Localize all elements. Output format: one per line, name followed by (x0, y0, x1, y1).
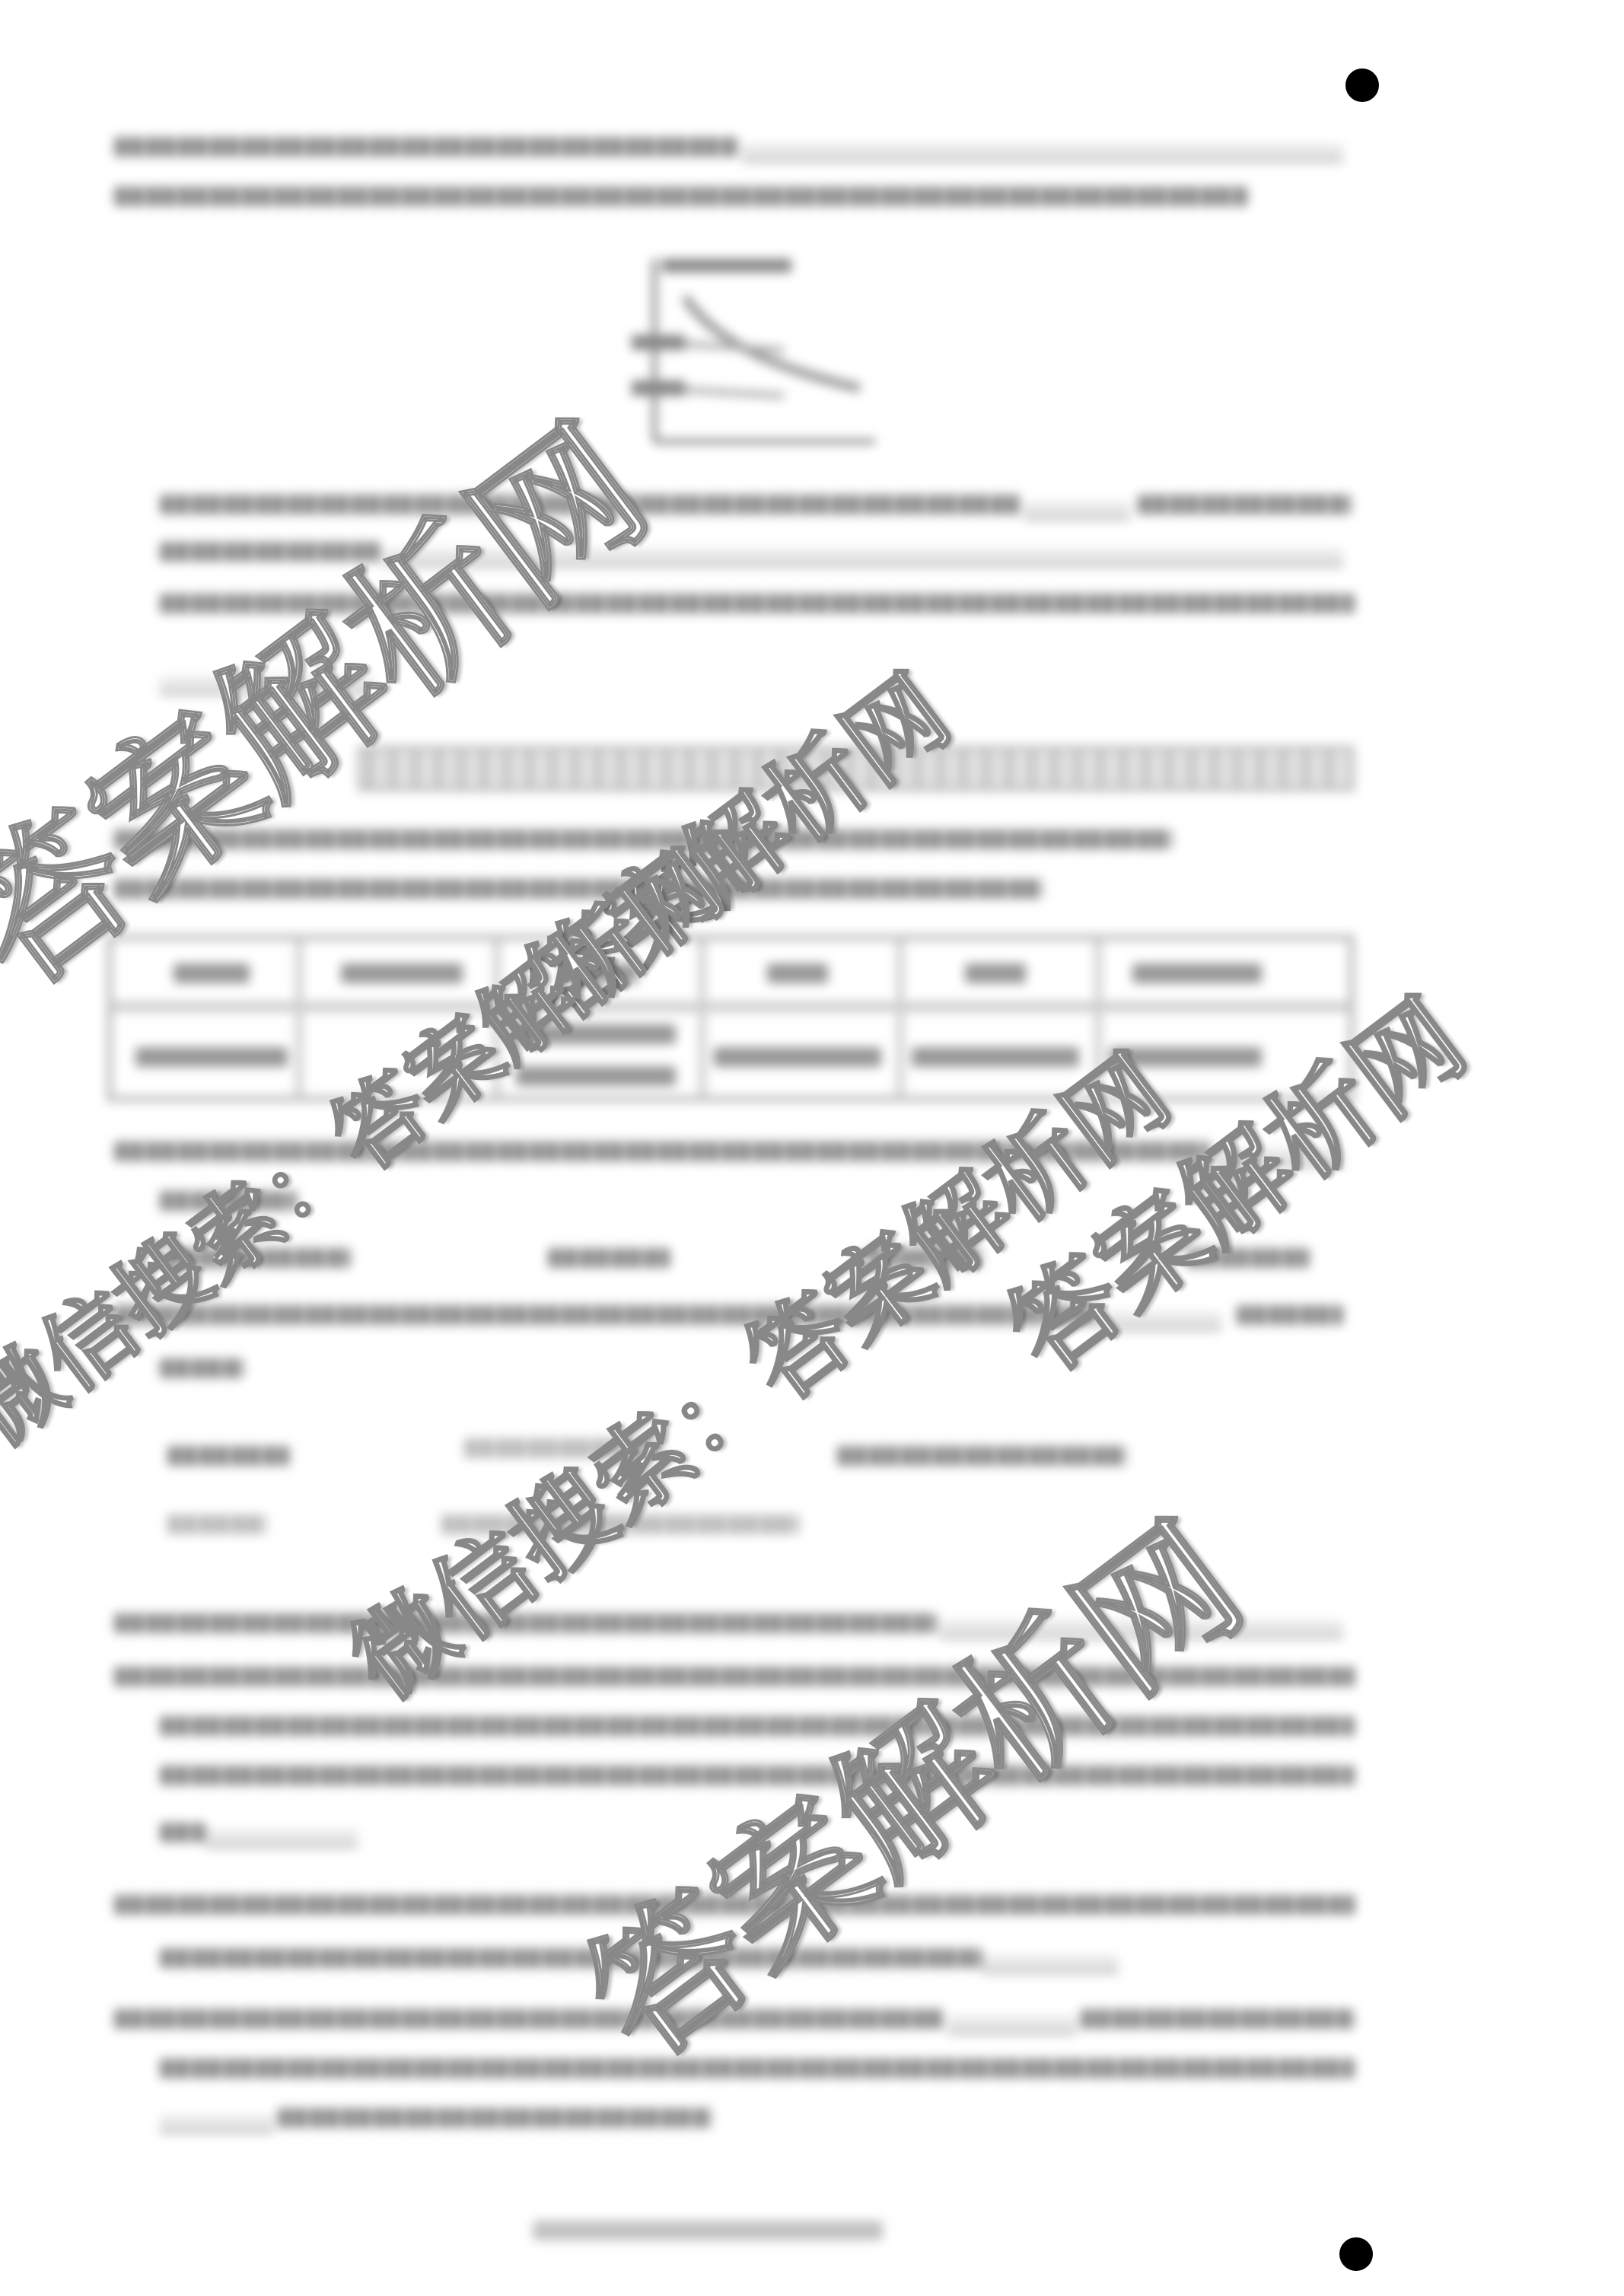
table-col-divider (295, 941, 303, 1096)
text-line (114, 1305, 1096, 1325)
text-line (160, 1823, 205, 1842)
text-line (1138, 495, 1351, 514)
text-line (160, 1358, 244, 1378)
answer-blank (947, 2017, 1077, 2034)
option-b-fraction (464, 1438, 662, 1458)
table-col-divider (699, 941, 706, 1096)
option-d-fraction (441, 1514, 799, 1534)
table-header-cell (341, 963, 463, 983)
text-line (160, 2059, 1355, 2078)
text-line (160, 1766, 1355, 1785)
answer-blank (742, 145, 1343, 162)
table-cell (1110, 1047, 1262, 1067)
option-c (868, 1248, 982, 1268)
watermark: 答案解析网 (0, 365, 684, 1029)
text-line (1081, 2009, 1355, 2029)
table-cell (714, 1047, 881, 1067)
data-table (107, 935, 1355, 1102)
option-d (1187, 1248, 1309, 1268)
text-line (114, 1667, 1355, 1686)
table-header-cell (174, 963, 250, 983)
answer-blank (1214, 1149, 1343, 1167)
answer-blank (384, 549, 1343, 567)
text-line (114, 1895, 1355, 1915)
registration-mark-top (1345, 68, 1379, 102)
page-footer (533, 2221, 883, 2240)
text-line (114, 137, 738, 157)
text-line (160, 594, 1355, 613)
formula-strip (358, 746, 1355, 791)
text-line (160, 1191, 297, 1211)
answer-blank (982, 1956, 1119, 1973)
table-cell (912, 1047, 1079, 1067)
text-line (114, 1613, 936, 1633)
option-c (837, 1446, 1126, 1466)
table-cell (516, 1024, 676, 1044)
text-line (160, 495, 1020, 514)
registration-mark-bottom (1339, 2237, 1373, 2271)
table-cell (516, 1066, 676, 1086)
text-line (114, 1142, 1210, 1161)
line-chart-figure (632, 251, 883, 464)
text-line (278, 2108, 712, 2128)
answer-blank (1100, 1313, 1221, 1330)
option-a (167, 1248, 350, 1268)
table-header-cell (1132, 963, 1262, 983)
answer-blank (940, 1621, 1343, 1638)
answer-blank (205, 1830, 358, 1848)
table-header-cell (767, 963, 828, 983)
option-d-fraction (167, 1514, 266, 1534)
table-header-cell (965, 963, 1026, 983)
option-b (548, 1248, 670, 1268)
table-col-divider (493, 941, 501, 1096)
text-line (114, 186, 1248, 206)
option-a (167, 1446, 289, 1466)
table-header-cell (562, 963, 638, 983)
table-cell (135, 1047, 288, 1067)
text-line (114, 830, 1172, 849)
text-line (160, 542, 381, 562)
answer-blank (1024, 502, 1130, 520)
table-col-divider (1094, 941, 1102, 1096)
text-line (160, 1948, 982, 1968)
table-col-divider (896, 941, 904, 1096)
text-line (1237, 1305, 1343, 1325)
text-line (114, 879, 1043, 899)
answer-blank (160, 677, 373, 695)
answer-blank (160, 2116, 274, 2133)
text-line (160, 1716, 1355, 1736)
text-line (114, 2009, 944, 2029)
